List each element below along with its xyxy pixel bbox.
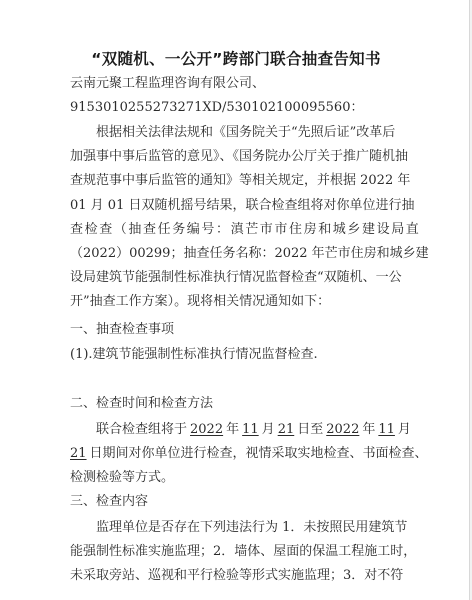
start-day: 21 (275, 422, 298, 437)
section3-line-2: 能强制性标准实施监理；2．墙体、屋面的保温工程施工时， (70, 543, 440, 561)
year-label: 年 (362, 422, 375, 437)
period-suffix: 日期间对你单位进行检查，视情采取实地检查、书面检查、 (90, 446, 428, 461)
intro-line-1: 根据相关法律法规和《国务院关于“先照后证”改革后 (96, 124, 466, 142)
recipient-credit-code: 91530102552732​71XD/530102100095560： (70, 99, 440, 117)
document-page: “双随机、一公开”跨部门联合抽查告知书 云南元聚工程监理咨询有限公司、 9153… (0, 0, 469, 600)
inspection-period-line-2: 21日期间对你单位进行检查，视情采取实地检查、书面检查、 (70, 445, 440, 463)
start-year: 2022 (187, 422, 226, 437)
intro-line-4: 01 月 01 日双随机摇号结果，联合检查组将对你单位进行抽 (70, 197, 440, 215)
start-month: 11 (239, 422, 262, 437)
intro-line-6: （2022）00299；抽查任务名称：2022 年芒市住房和城乡建 (70, 245, 440, 263)
intro-line-2: 加强事中事后监管的意见》、《国务院办公厅关于推广随机抽 (70, 148, 440, 166)
month-label: 月 (398, 422, 411, 437)
recipient-company: 云南元聚工程监理咨询有限公司、 (70, 75, 440, 93)
intro-line-5: 查检查（抽查任务编号：滇芒市市住房和城乡建设局直 (70, 221, 440, 239)
end-day: 21 (70, 446, 90, 461)
inspection-period-line: 联合检查组将于2022年11月21日至2022年11月 (96, 421, 466, 439)
section1-item-1: (1).建筑节能强制性标准执行情况监督检查. (70, 346, 440, 364)
inspection-method-line: 检测检验等方式。 (70, 469, 440, 487)
end-month: 11 (375, 422, 398, 437)
section1-heading: 一、抽查检查事项 (70, 321, 440, 339)
day-to-label: 日至 (297, 422, 323, 437)
intro-line-8: 开”抽查工作方案）。现将相关情况通知如下： (70, 293, 440, 311)
period-prefix: 联合检查组将于 (96, 422, 187, 437)
section3-heading: 三、检查内容 (70, 493, 440, 511)
section3-line-3: 未采取旁站、巡视和平行检验等形式实施监理；3．对不符 (70, 567, 440, 585)
section2-heading: 二、检查时间和检查方法 (70, 395, 440, 413)
end-year: 2022 (323, 422, 362, 437)
section3-line-1: 监理单位是否存在下列违法行为 1．未按照民用建筑节 (96, 519, 466, 537)
month-label: 月 (262, 422, 275, 437)
document-title: “双随机、一公开”跨部门联合抽查告知书 (0, 47, 472, 69)
intro-line-3: 查规范事中事后监管的通知》等相关规定，并根据 2022 年 (70, 172, 440, 190)
year-label: 年 (226, 422, 239, 437)
intro-line-7: 设局建筑节能强制性标准执行情况监督检查“双随机、一公 (70, 269, 440, 287)
